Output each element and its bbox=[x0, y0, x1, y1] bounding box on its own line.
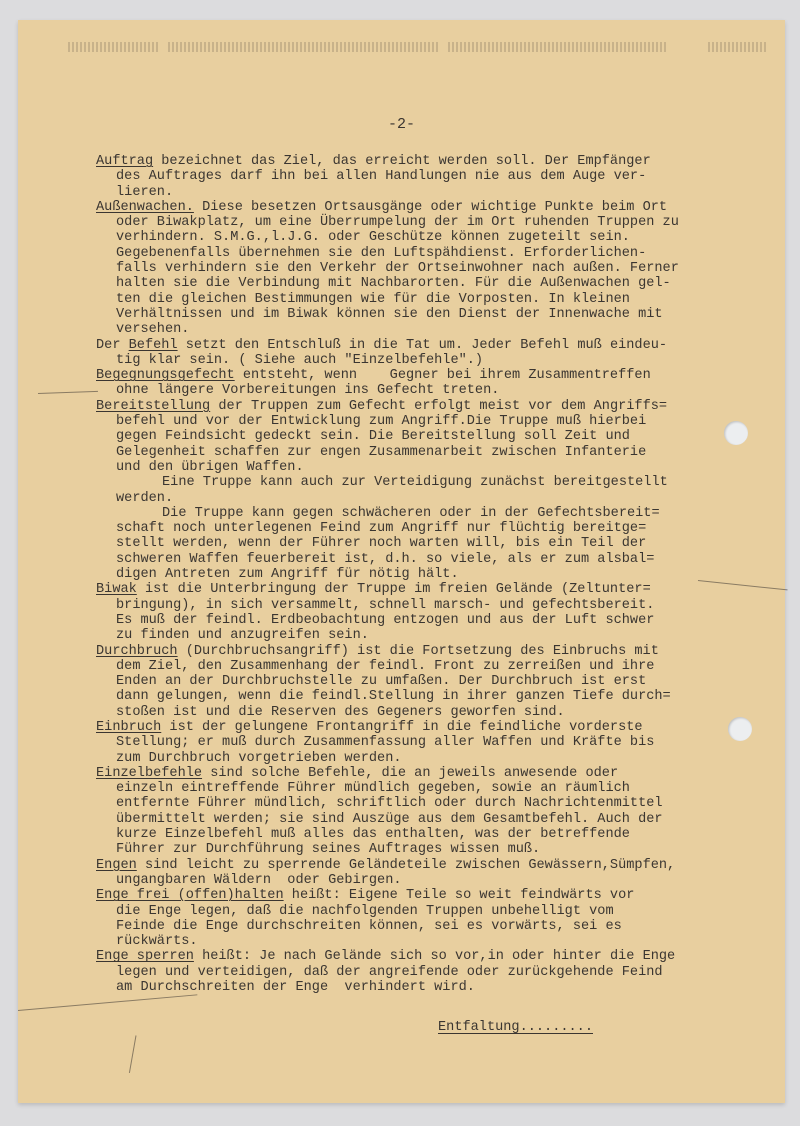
entry-first-line: Der Befehl setzt den Entschluß in die Ta… bbox=[96, 338, 786, 353]
glossary-term: Begegnungsgefecht bbox=[96, 368, 235, 383]
glossary-entry: Außenwachen. Diese besetzen Ortsausgänge… bbox=[96, 200, 786, 338]
glossary-term: Durchbruch bbox=[96, 644, 178, 659]
entry-paragraph-line: Die Truppe kann gegen schwächeren oder i… bbox=[96, 506, 786, 521]
glossary-term: Einzelbefehle bbox=[96, 766, 202, 781]
entry-first-line: Außenwachen. Diese besetzen Ortsausgänge… bbox=[96, 200, 786, 215]
glossary-body: Auftrag bezeichnet das Ziel, das erreich… bbox=[96, 154, 786, 995]
smudge-mark bbox=[168, 42, 438, 52]
glossary-entry: Durchbruch (Durchbruchsangriff) ist die … bbox=[96, 644, 786, 720]
entry-first-line: Auftrag bezeichnet das Ziel, das erreich… bbox=[96, 154, 786, 169]
entry-line: befehl und vor der Entwicklung zum Angri… bbox=[96, 414, 786, 429]
entry-line: Feinde die Enge durchschreiten können, s… bbox=[96, 919, 786, 934]
entry-line: zum Durchbruch vorgetrieben werden. bbox=[96, 751, 786, 766]
entry-line: Enden an der Durchbruchstelle zu umfaßen… bbox=[96, 674, 786, 689]
glossary-entry: Der Befehl setzt den Entschluß in die Ta… bbox=[96, 338, 786, 369]
entry-line: bringung), in sich versammelt, schnell m… bbox=[96, 598, 786, 613]
entry-line: Führer zur Durchführung seines Auftrages… bbox=[96, 842, 786, 857]
entry-line: Gelegenheit schaffen zur engen Zusammena… bbox=[96, 445, 786, 460]
entry-line: dem Ziel, den Zusammenhang der feindl. F… bbox=[96, 659, 786, 674]
entry-line: kurze Einzelbefehl muß alles das enthalt… bbox=[96, 827, 786, 842]
glossary-term: Engen bbox=[96, 858, 137, 873]
entry-line: versehen. bbox=[96, 322, 786, 337]
entry-line: gegen Feindsicht gedeckt sein. Die Berei… bbox=[96, 429, 786, 444]
entry-line: lieren. bbox=[96, 185, 786, 200]
entry-first-line: Einbruch ist der gelungene Frontangriff … bbox=[96, 720, 786, 735]
entry-line: des Auftrages darf ihn bei allen Handlun… bbox=[96, 169, 786, 184]
continuation-reference: Entfaltung......... bbox=[438, 1020, 593, 1035]
document-page: -2- Auftrag bezeichnet das Ziel, das err… bbox=[18, 20, 785, 1103]
entry-line: die Enge legen, daß die nachfolgenden Tr… bbox=[96, 904, 786, 919]
entry-line: entfernte Führer mündlich, schriftlich o… bbox=[96, 796, 786, 811]
glossary-term: Bereitstellung bbox=[96, 399, 210, 414]
glossary-entry: Begegnungsgefecht entsteht, wenn Gegner … bbox=[96, 368, 786, 399]
entry-line: oder Biwakplatz, um eine Überrumpelung d… bbox=[96, 215, 786, 230]
glossary-entry: Enge sperren heißt: Je nach Gelände sich… bbox=[96, 949, 786, 995]
glossary-entry: Auftrag bezeichnet das Ziel, das erreich… bbox=[96, 154, 786, 200]
entry-line: tig klar sein. ( Siehe auch "Einzelbefeh… bbox=[96, 353, 786, 368]
glossary-entry: Biwak ist die Unterbringung der Truppe i… bbox=[96, 582, 786, 643]
glossary-term: Außenwachen. bbox=[96, 200, 194, 215]
entry-line: ohne längere Vorbereitungen ins Gefecht … bbox=[96, 383, 786, 398]
glossary-entry: Engen sind leicht zu sperrende Geländete… bbox=[96, 858, 786, 889]
entry-first-line: Begegnungsgefecht entsteht, wenn Gegner … bbox=[96, 368, 786, 383]
glossary-term: Enge sperren bbox=[96, 949, 194, 964]
glossary-entry: Einzelbefehle sind solche Befehle, die a… bbox=[96, 766, 786, 858]
entry-first-line: Durchbruch (Durchbruchsangriff) ist die … bbox=[96, 644, 786, 659]
entry-line: ten die gleichen Bestimmungen wie für di… bbox=[96, 292, 786, 307]
pencil-mark bbox=[38, 391, 98, 394]
entry-line: rückwärts. bbox=[96, 934, 786, 949]
entry-first-line: Bereitstellung der Truppen zum Gefecht e… bbox=[96, 399, 786, 414]
entry-line: halten sie die Verbindung mit Nachbarort… bbox=[96, 276, 786, 291]
entry-prefix: Der bbox=[96, 338, 129, 353]
entry-paragraph-line: schweren Waffen feuerbereit ist, d.h. so… bbox=[96, 552, 786, 567]
entry-line: falls verhindern sie den Verkehr der Ort… bbox=[96, 261, 786, 276]
glossary-term: Auftrag bbox=[96, 154, 153, 169]
entry-paragraph-line: schaft noch unterlegenen Feind zum Angri… bbox=[96, 521, 786, 536]
entry-first-line: Engen sind leicht zu sperrende Geländete… bbox=[96, 858, 786, 873]
smudge-mark bbox=[708, 42, 768, 52]
page-number: -2- bbox=[18, 116, 785, 133]
entry-line: verhindern. S.M.G.,l.J.G. oder Geschütze… bbox=[96, 230, 786, 245]
entry-line: Stellung; er muß durch Zusammenfassung a… bbox=[96, 735, 786, 750]
pencil-mark bbox=[129, 1035, 137, 1073]
glossary-term: Befehl bbox=[129, 338, 178, 353]
entry-first-line: Enge frei (offen)halten heißt: Eigene Te… bbox=[96, 888, 786, 903]
entry-line: stoßen ist und die Reserven des Gegeners… bbox=[96, 705, 786, 720]
entry-line: ungangbaren Wäldern oder Gebirgen. bbox=[96, 873, 786, 888]
entry-first-line: Biwak ist die Unterbringung der Truppe i… bbox=[96, 582, 786, 597]
smudge-mark bbox=[68, 42, 158, 52]
entry-line: Verhältnissen und im Biwak können sie de… bbox=[96, 307, 786, 322]
entry-paragraph-line: werden. bbox=[96, 491, 786, 506]
glossary-entry: Enge frei (offen)halten heißt: Eigene Te… bbox=[96, 888, 786, 949]
glossary-term: Einbruch bbox=[96, 720, 161, 735]
entry-paragraph-line: Eine Truppe kann auch zur Verteidigung z… bbox=[96, 475, 786, 490]
entry-line: einzeln eintreffende Führer mündlich geg… bbox=[96, 781, 786, 796]
entry-paragraph-line: digen Antreten zum Angriff für nötig häl… bbox=[96, 567, 786, 582]
glossary-term: Enge frei (offen)halten bbox=[96, 888, 284, 903]
glossary-entry: Bereitstellung der Truppen zum Gefecht e… bbox=[96, 399, 786, 583]
entry-line: übermittelt werden; sie sind Auszüge aus… bbox=[96, 812, 786, 827]
entry-line: Gegebenenfalls übernehmen sie den Luftsp… bbox=[96, 246, 786, 261]
entry-line: legen und verteidigen, daß der angreifen… bbox=[96, 965, 786, 980]
glossary-entry: Einbruch ist der gelungene Frontangriff … bbox=[96, 720, 786, 766]
glossary-term: Biwak bbox=[96, 582, 137, 597]
entry-first-line: Einzelbefehle sind solche Befehle, die a… bbox=[96, 766, 786, 781]
entry-line: zu finden und anzugreifen sein. bbox=[96, 628, 786, 643]
entry-line: am Durchschreiten der Enge verhindert wi… bbox=[96, 980, 786, 995]
entry-line: und den übrigen Waffen. bbox=[96, 460, 786, 475]
pencil-mark bbox=[18, 994, 197, 1011]
smudge-mark bbox=[448, 42, 668, 52]
entry-line: dann gelungen, wenn die feindl.Stellung … bbox=[96, 689, 786, 704]
entry-line: Es muß der feindl. Erdbeobachtung entzog… bbox=[96, 613, 786, 628]
entry-paragraph-line: stellt werden, wenn der Führer noch wart… bbox=[96, 536, 786, 551]
entry-first-line: Enge sperren heißt: Je nach Gelände sich… bbox=[96, 949, 786, 964]
